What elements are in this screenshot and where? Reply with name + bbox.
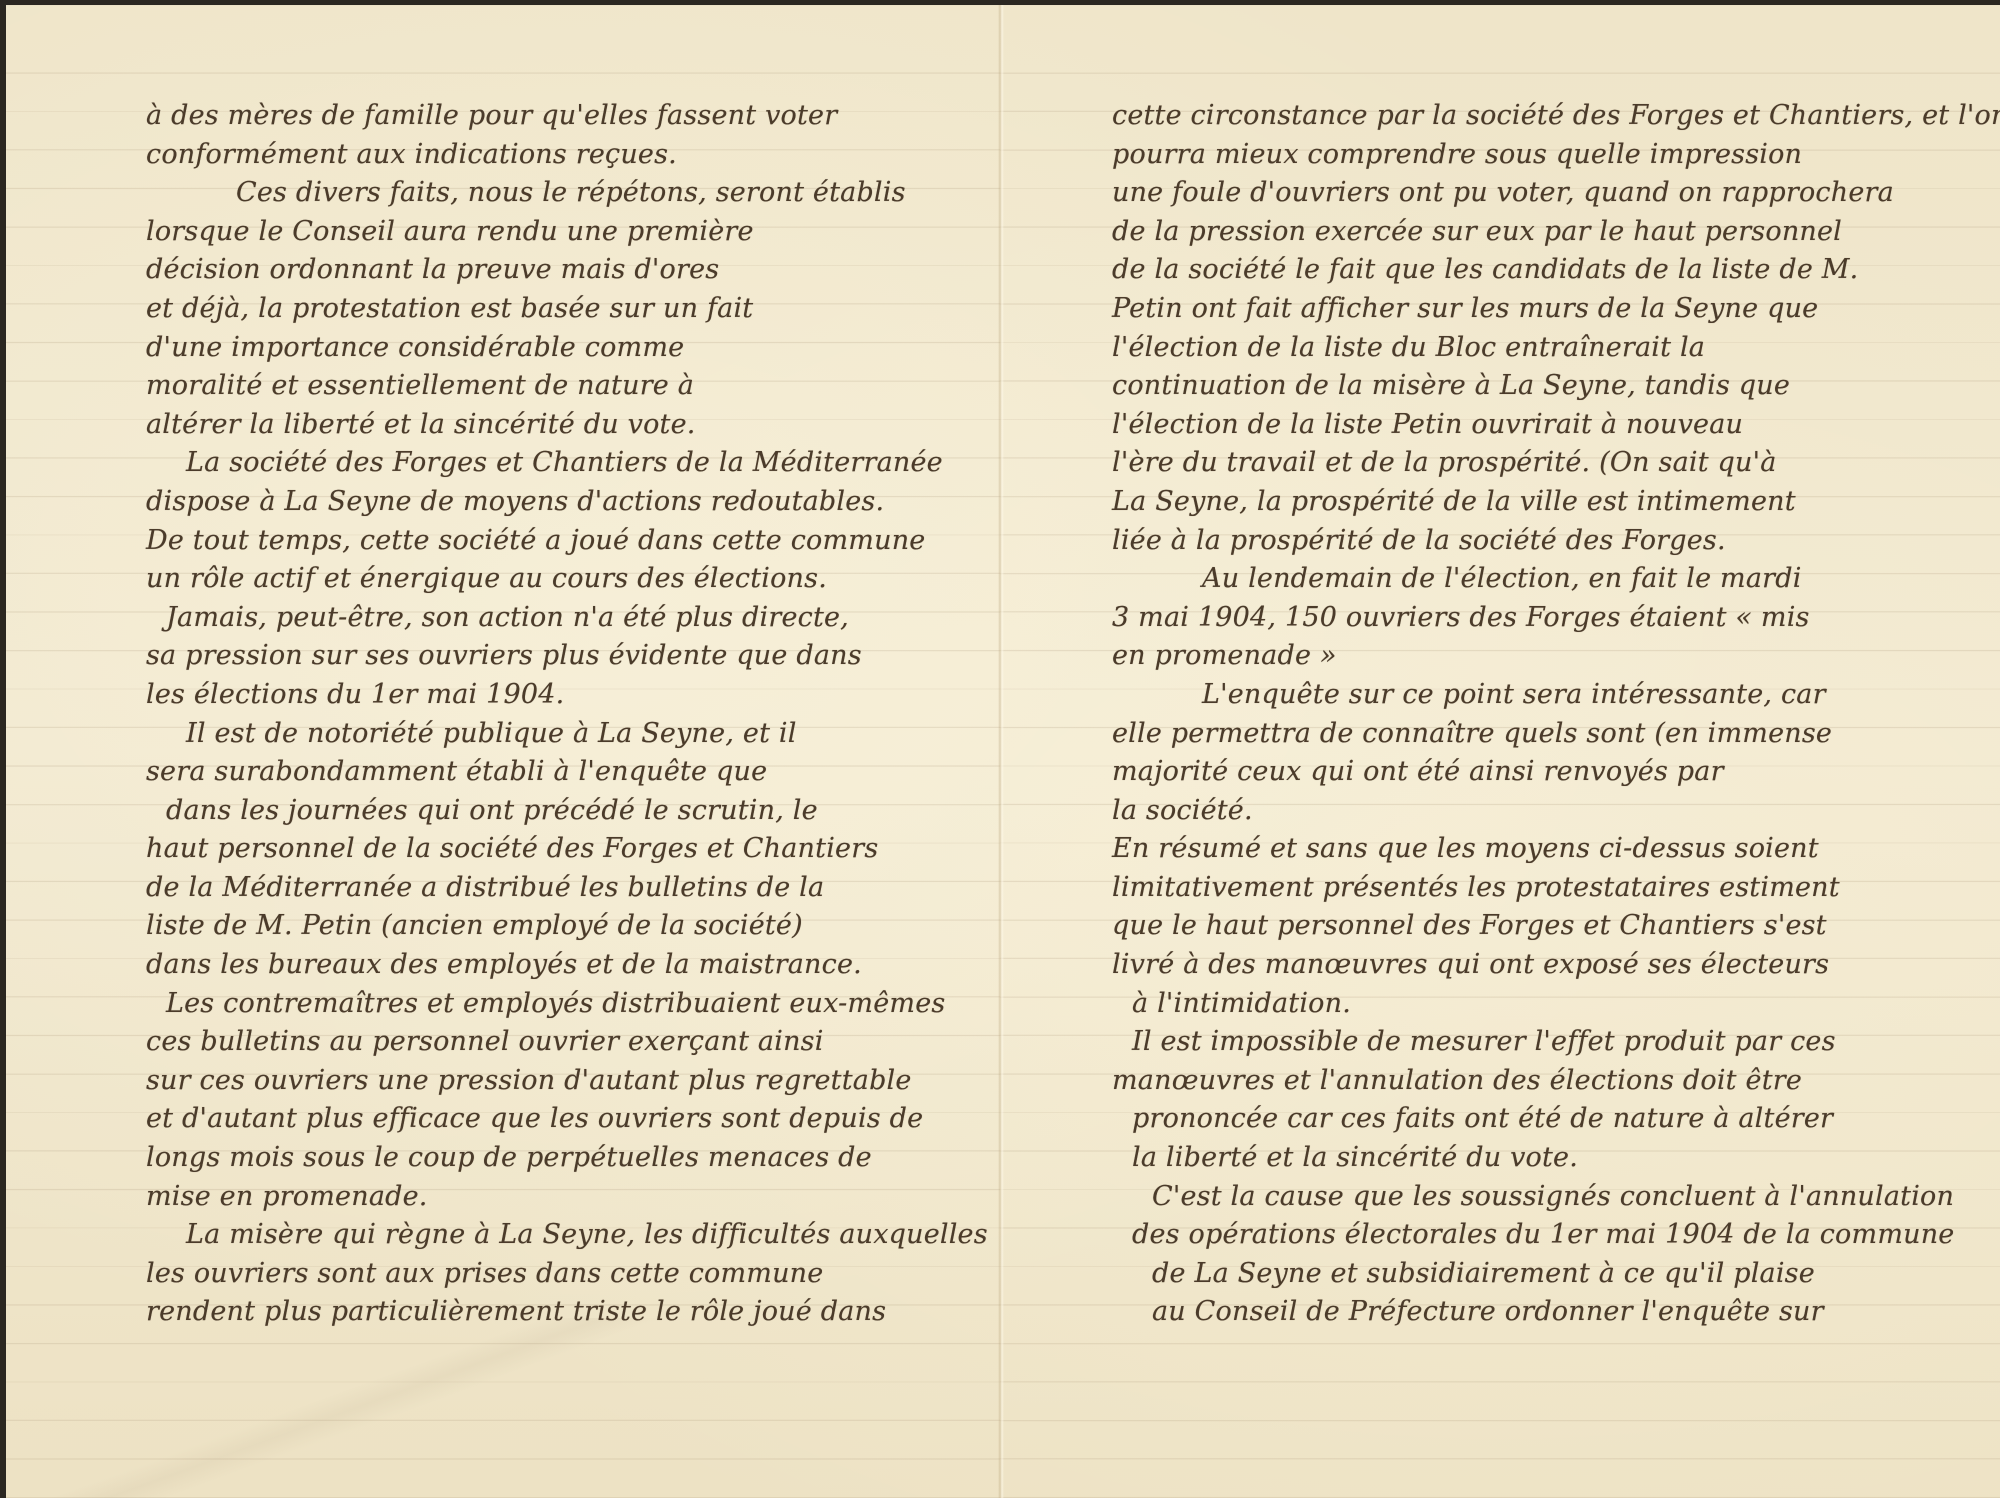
- text-line: Au lendemain de l'élection, en fait le m…: [1112, 560, 1992, 599]
- text-line: sera surabondamment établi à l'enquête q…: [146, 753, 1006, 792]
- text-line: Il est de notoriété publique à La Seyne,…: [146, 715, 1006, 754]
- text-line: 3 mai 1904, 150 ouvriers des Forges étai…: [1112, 599, 1992, 638]
- text-line: L'enquête sur ce point sera intéressante…: [1112, 676, 1992, 715]
- text-line: de la Méditerranée a distribué les bulle…: [146, 869, 1006, 908]
- text-line: La misère qui règne à La Seyne, les diff…: [146, 1216, 1006, 1255]
- text-line: lorsque le Conseil aura rendu une premiè…: [146, 213, 1006, 252]
- text-line: Les contremaîtres et employés distribuai…: [146, 985, 1006, 1024]
- text-line: sa pression sur ses ouvriers plus éviden…: [146, 637, 1006, 676]
- text-line: décision ordonnant la preuve mais d'ores: [146, 251, 1006, 290]
- text-line: elle permettra de connaître quels sont (…: [1112, 715, 1992, 754]
- text-line: liste de M. Petin (ancien employé de la …: [146, 907, 1006, 946]
- text-line: au Conseil de Préfecture ordonner l'enqu…: [1112, 1293, 1992, 1332]
- text-line: La Seyne, la prospérité de la ville est …: [1112, 483, 1992, 522]
- text-line: manœuvres et l'annulation des élections …: [1112, 1062, 1992, 1101]
- text-line: la société.: [1112, 792, 1992, 831]
- text-line: que le haut personnel des Forges et Chan…: [1112, 907, 1992, 946]
- text-line: sur ces ouvriers une pression d'autant p…: [146, 1062, 1006, 1101]
- text-line: d'une importance considérable comme: [146, 329, 1006, 368]
- text-line: rendent plus particulièrement triste le …: [146, 1293, 1006, 1332]
- text-line: livré à des manœuvres qui ont exposé ses…: [1112, 946, 1992, 985]
- text-line: l'élection de la liste du Bloc entraîner…: [1112, 329, 1992, 368]
- text-line: Il est impossible de mesurer l'effet pro…: [1112, 1023, 1992, 1062]
- text-line: Petin ont fait afficher sur les murs de …: [1112, 290, 1992, 329]
- text-line: moralité et essentiellement de nature à: [146, 367, 1006, 406]
- text-line: cette circonstance par la société des Fo…: [1112, 97, 1992, 136]
- text-line: les élections du 1er mai 1904.: [146, 676, 1006, 715]
- text-line: Jamais, peut-être, son action n'a été pl…: [146, 599, 1006, 638]
- text-line: altérer la liberté et la sincérité du vo…: [146, 406, 1006, 445]
- text-line: liée à la prospérité de la société des F…: [1112, 522, 1992, 561]
- text-line: une foule d'ouvriers ont pu voter, quand…: [1112, 174, 1992, 213]
- text-line: haut personnel de la société des Forges …: [146, 830, 1006, 869]
- text-line: et d'autant plus efficace que les ouvrie…: [146, 1100, 1006, 1139]
- text-line: dans les bureaux des employés et de la m…: [146, 946, 1006, 985]
- text-line: à des mères de famille pour qu'elles fas…: [146, 97, 1006, 136]
- text-line: conformément aux indications reçues.: [146, 136, 1006, 175]
- text-line: dans les journées qui ont précédé le scr…: [146, 792, 1006, 831]
- paper-crease: [6, 1318, 706, 1498]
- text-line: pourra mieux comprendre sous quelle impr…: [1112, 136, 1992, 175]
- text-line: En résumé et sans que les moyens ci-dess…: [1112, 830, 1992, 869]
- text-line: à l'intimidation.: [1112, 985, 1992, 1024]
- text-line: les ouvriers sont aux prises dans cette …: [146, 1255, 1006, 1294]
- text-line: la liberté et la sincérité du vote.: [1112, 1139, 1992, 1178]
- text-line: mise en promenade.: [146, 1178, 1006, 1217]
- text-line: de la société le fait que les candidats …: [1112, 251, 1992, 290]
- text-line: longs mois sous le coup de perpétuelles …: [146, 1139, 1006, 1178]
- text-line: De tout temps, cette société a joué dans…: [146, 522, 1006, 561]
- text-line: La société des Forges et Chantiers de la…: [146, 444, 1006, 483]
- text-line: l'ère du travail et de la prospérité. (O…: [1112, 444, 1992, 483]
- text-line: C'est la cause que les soussignés conclu…: [1112, 1178, 1992, 1217]
- text-line: limitativement présentés les protestatai…: [1112, 869, 1992, 908]
- text-line: dispose à La Seyne de moyens d'actions r…: [146, 483, 1006, 522]
- text-line: de La Seyne et subsidiairement à ce qu'i…: [1112, 1255, 1992, 1294]
- text-line: Ces divers faits, nous le répétons, sero…: [146, 174, 1006, 213]
- text-line: des opérations électorales du 1er mai 19…: [1112, 1216, 1992, 1255]
- text-line: de la pression exercée sur eux par le ha…: [1112, 213, 1992, 252]
- text-line: ces bulletins au personnel ouvrier exerç…: [146, 1023, 1006, 1062]
- text-line: et déjà, la protestation est basée sur u…: [146, 290, 1006, 329]
- left-page-text: à des mères de famille pour qu'elles fas…: [146, 97, 1006, 1332]
- text-line: continuation de la misère à La Seyne, ta…: [1112, 367, 1992, 406]
- text-line: prononcée car ces faits ont été de natur…: [1112, 1100, 1992, 1139]
- text-line: l'élection de la liste Petin ouvrirait à…: [1112, 406, 1992, 445]
- text-line: majorité ceux qui ont été ainsi renvoyés…: [1112, 753, 1992, 792]
- right-page-text: cette circonstance par la société des Fo…: [1112, 97, 1992, 1332]
- text-line: en promenade »: [1112, 637, 1992, 676]
- text-line: un rôle actif et énergique au cours des …: [146, 560, 1006, 599]
